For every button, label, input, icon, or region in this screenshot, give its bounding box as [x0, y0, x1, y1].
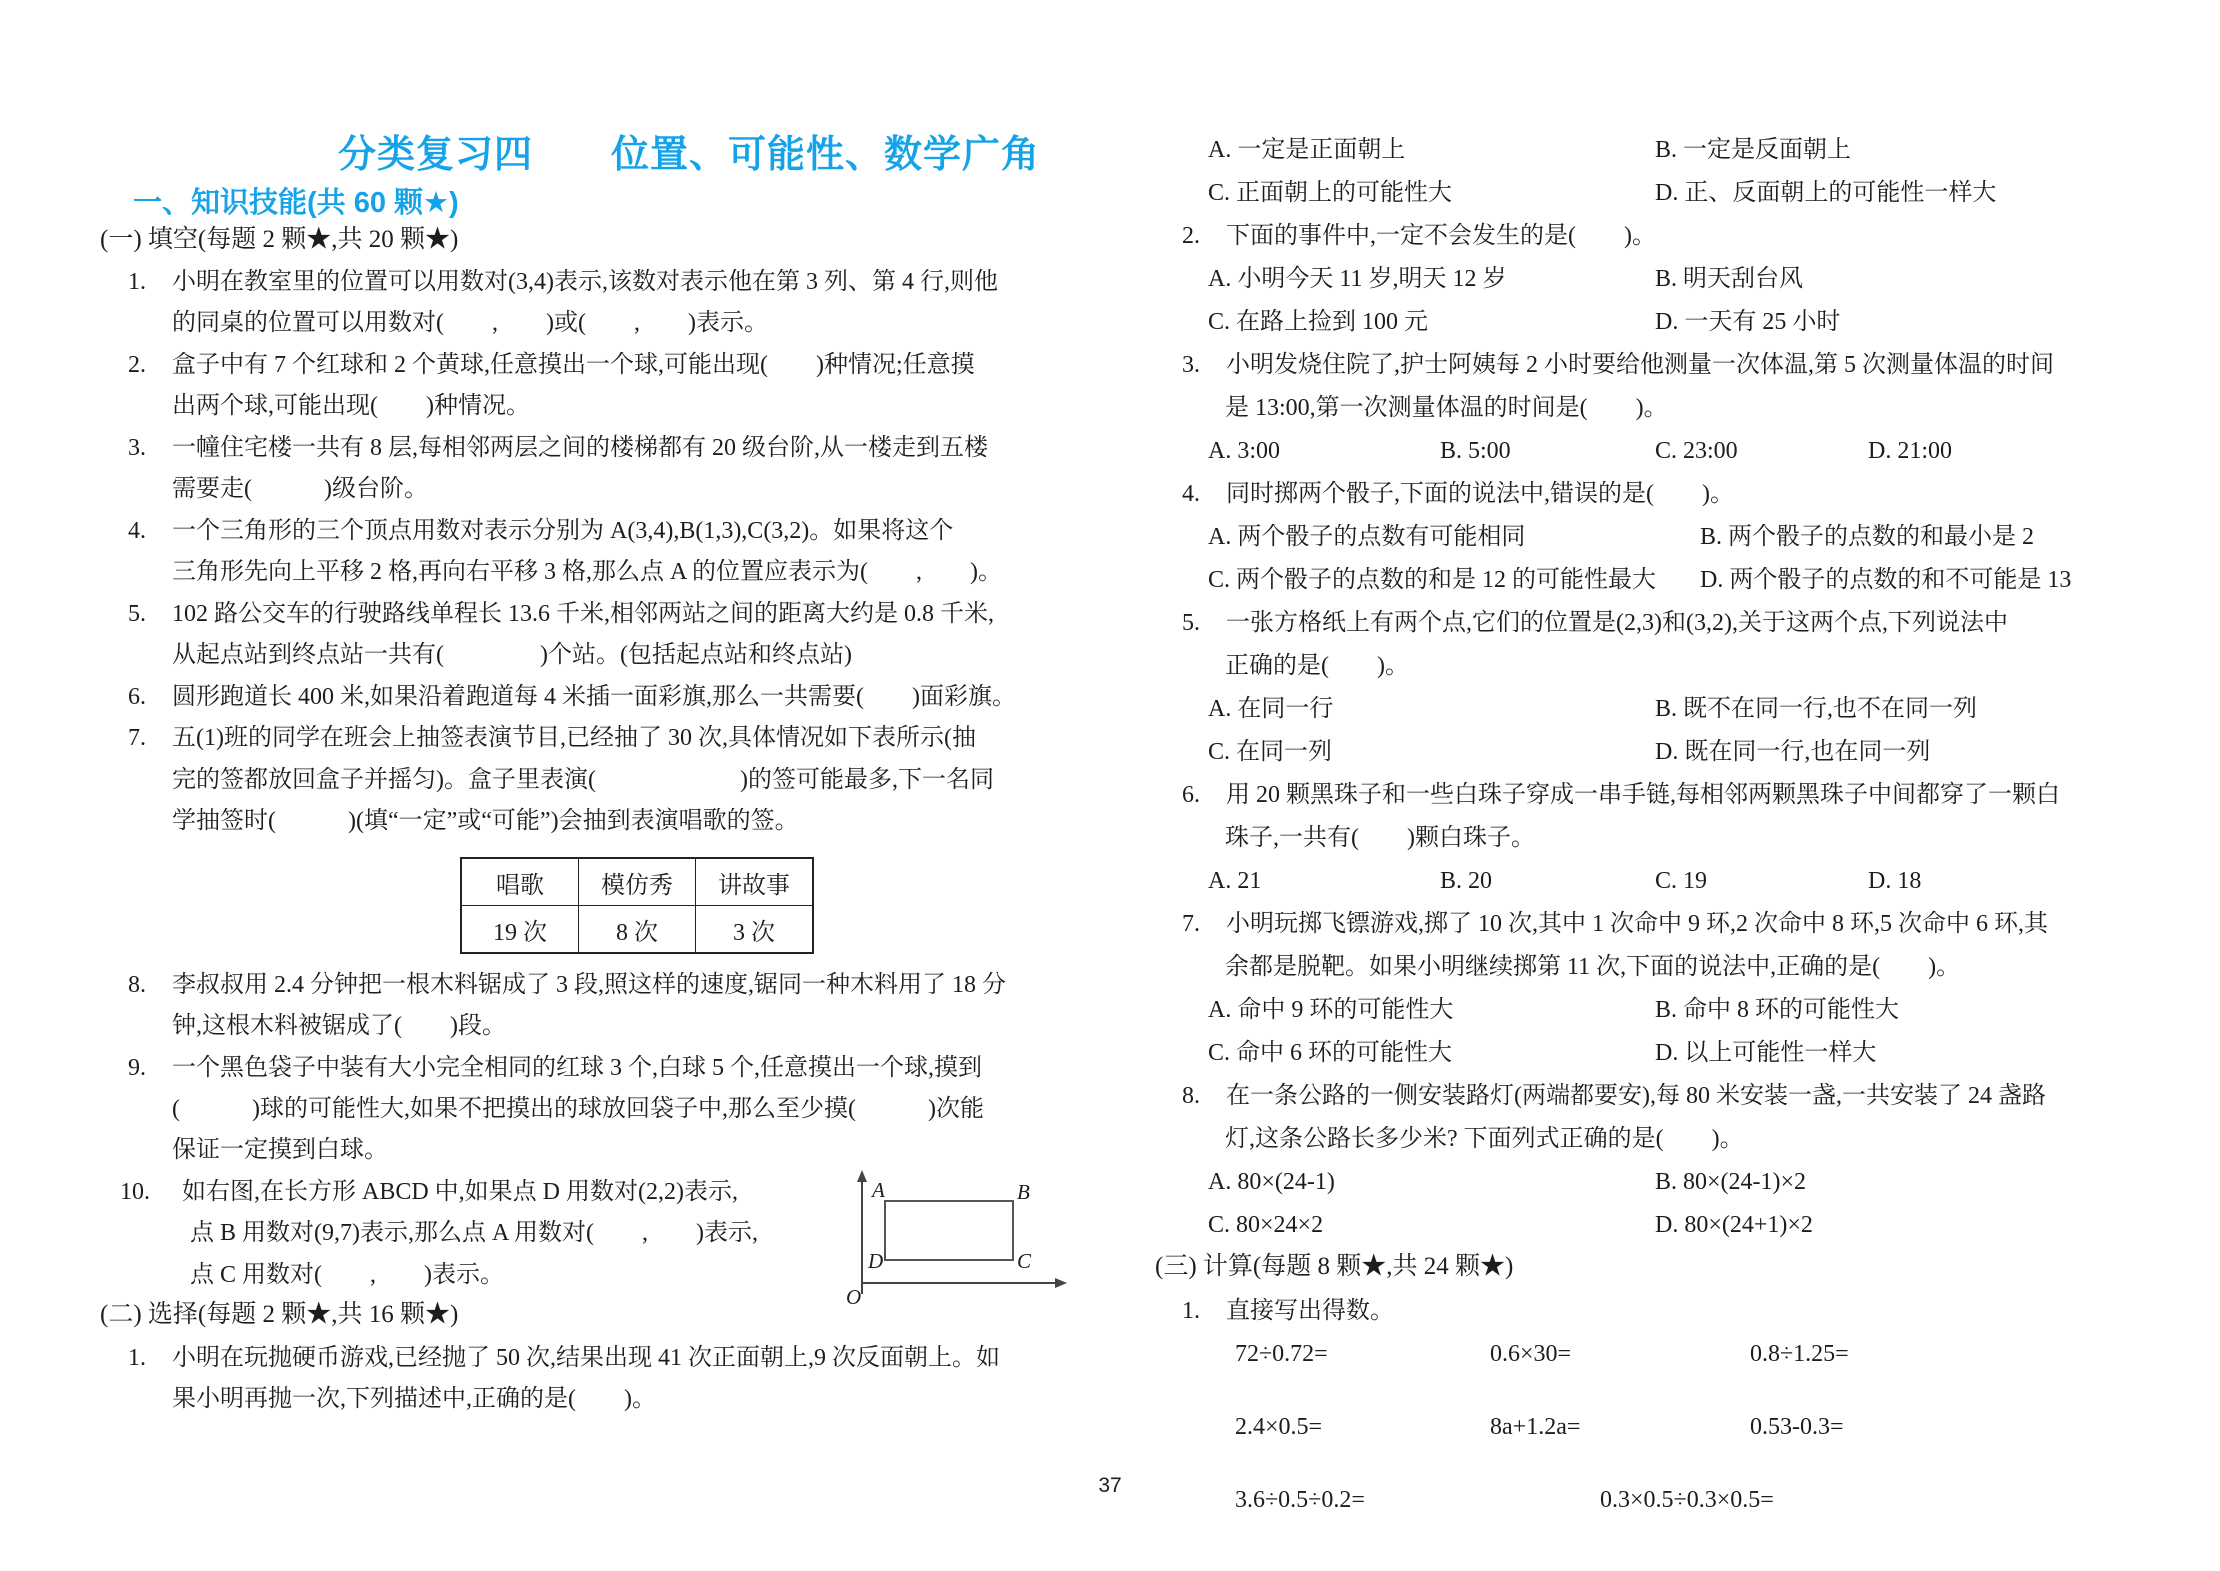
choice-q3-text-0: 小明发烧住院了,护士阿姨每 2 小时要给他测量一次体温,第 5 次测量体温的时间	[1226, 352, 2054, 378]
vertex-label-d: D	[867, 1249, 883, 1273]
calc-sub-num: 1.	[1182, 1295, 1226, 1327]
fill-q10-line: 点 C 用数对( , )表示。	[190, 1259, 504, 1291]
vertex-label-b: B	[1017, 1180, 1030, 1204]
choice-q5-option-a: A. 在同一行	[1208, 693, 1333, 725]
choice-q4-option-a: A. 两个骰子的点数有可能相同	[1208, 521, 1525, 553]
choice-q6-text-1: 珠子,一共有( )颗白珠子。	[1225, 825, 1535, 851]
choice-q3-line: 3.小明发烧住院了,护士阿姨每 2 小时要给他测量一次体温,第 5 次测量体温的…	[1182, 349, 2054, 381]
choice-q2-option-d: D. 一天有 25 小时	[1655, 306, 1840, 338]
page-title: 分类复习四 位置、可能性、数学广角	[338, 132, 1040, 178]
calc-expression: 0.3×0.5÷0.3×0.5=	[1600, 1484, 1774, 1516]
fill-q5-text-0: 102 路公交车的行驶路线单程长 13.6 千米,相邻两站之间的距离大约是 0.…	[172, 601, 994, 627]
choice-q6-text-0: 用 20 颗黑珠子和一些白珠子穿成一串手链,每相邻两颗黑珠子中间都穿了一颗白	[1226, 782, 2060, 808]
choice-q7-num: 7.	[1182, 908, 1226, 940]
fill-q3-line: 3.一幢住宅楼一共有 8 层,每相邻两层之间的楼梯都有 20 级台阶,从一楼走到…	[128, 432, 988, 464]
vertex-label-a: A	[870, 1178, 885, 1202]
fill-q7-line: 7.五(1)班的同学在班会上抽签表演节目,已经抽了 30 次,具体情况如下表所示…	[128, 722, 976, 754]
choice-q8-line: 8.在一条公路的一侧安装路灯(两端都要安),每 80 米安装一盏,一共安装了 2…	[1182, 1080, 2046, 1112]
choice-q5-text-0: 一张方格纸上有两个点,它们的位置是(2,3)和(3,2),关于这两个点,下列说法…	[1226, 610, 2008, 636]
tally-value-story: 3 次	[696, 906, 814, 954]
fill-q10-text-1: 点 B 用数对(9,7)表示,那么点 A 用数对( , )表示,	[190, 1220, 758, 1246]
fill-q4-line: 三角形先向上平移 2 格,再向右平移 3 格,那么点 A 的位置应表示为( , …	[172, 556, 1002, 588]
choice-q4-option-b: B. 两个骰子的点数的和最小是 2	[1700, 521, 2034, 553]
choice-q3-text-1: 是 13:00,第一次测量体温的时间是( )。	[1225, 395, 1668, 421]
choice-q3-option-a: A. 3:00	[1208, 435, 1280, 467]
fill-q1-text-0: 小明在教室里的位置可以用数对(3,4)表示,该数对表示他在第 3 列、第 4 行…	[172, 269, 998, 295]
fill-q5-text-1: 从起点站到终点站一共有( )个站。(包括起点站和终点站)	[172, 642, 852, 668]
fill-q3-text-1: 需要走( )级台阶。	[172, 476, 428, 502]
choice-q6-num: 6.	[1182, 779, 1226, 811]
choice-q3-option-c: C. 23:00	[1655, 435, 1738, 467]
fill-q7-text-2: 学抽签时( )(填“一定”或“可能”)会抽到表演唱歌的签。	[172, 808, 799, 834]
choice-q1-line: 1.小明在玩抛硬币游戏,已经抛了 50 次,结果出现 41 次正面朝上,9 次反…	[128, 1342, 1000, 1374]
fill-q3-num: 3.	[128, 432, 172, 464]
fill-q2-text-0: 盒子中有 7 个红球和 2 个黄球,任意摸出一个球,可能出现( )种情况;任意摸	[172, 352, 975, 378]
choice-q6-option-c: C. 19	[1655, 865, 1707, 897]
choice-q2-option-c: C. 在路上捡到 100 元	[1208, 306, 1428, 338]
fill-q8-num: 8.	[128, 969, 172, 1001]
fill-q9-line: ( )球的可能性大,如果不把摸出的球放回袋子中,那么至少摸( )次能	[172, 1093, 984, 1125]
choice-q8-line: 灯,这条公路长多少米? 下面列式正确的是( )。	[1225, 1123, 1744, 1155]
choice-q1-text-1: 果小明再抛一次,下列描述中,正确的是( )。	[172, 1386, 656, 1412]
choice-section-heading: (二) 选择(每题 2 颗★,共 16 颗★)	[100, 1299, 458, 1331]
fill-q10-line: 点 B 用数对(9,7)表示,那么点 A 用数对( , )表示,	[190, 1217, 758, 1249]
fill-q7-num: 7.	[128, 722, 172, 754]
fill-q2-line: 2.盒子中有 7 个红球和 2 个黄球,任意摸出一个球,可能出现( )种情况;任…	[128, 349, 975, 381]
fill-section-heading: (一) 填空(每题 2 颗★,共 20 颗★)	[100, 224, 458, 256]
choice-q6-line: 6.用 20 颗黑珠子和一些白珠子穿成一串手链,每相邻两颗黑珠子中间都穿了一颗白	[1182, 779, 2060, 811]
fill-q1-num: 1.	[128, 266, 172, 298]
fill-q10-num: 10.	[120, 1176, 182, 1208]
choice-q8-option-a: A. 80×(24-1)	[1208, 1166, 1335, 1198]
fill-q8-text-1: 钟,这根木料被锯成了( )段。	[172, 1013, 506, 1039]
calc-expression: 0.8÷1.25=	[1750, 1338, 1849, 1370]
worksheet-page: 分类复习四 位置、可能性、数学广角 一、知识技能(共 60 颗★) (一) 填空…	[0, 0, 2220, 1571]
calc-expression: 0.53-0.3=	[1750, 1411, 1844, 1443]
choice-q8-text-0: 在一条公路的一侧安装路灯(两端都要安),每 80 米安装一盏,一共安装了 24 …	[1226, 1083, 2046, 1109]
tally-header-imitate: 模仿秀	[579, 858, 696, 906]
choice-q8-option-b: B. 80×(24-1)×2	[1655, 1166, 1806, 1198]
fill-q7-text-0: 五(1)班的同学在班会上抽签表演节目,已经抽了 30 次,具体情况如下表所示(抽	[172, 725, 976, 751]
origin-label-o: O	[846, 1285, 861, 1309]
choice-q2-option-b: B. 明天刮台风	[1655, 263, 1803, 295]
choice-q6-option-a: A. 21	[1208, 865, 1261, 897]
fill-q6-line: 6.圆形跑道长 400 米,如果沿着跑道每 4 米插一面彩旗,那么一共需要( )…	[128, 681, 1016, 713]
section-knowledge-heading: 一、知识技能(共 60 颗★)	[133, 186, 459, 220]
fill-q9-text-2: 保证一定摸到白球。	[172, 1137, 388, 1163]
choice-q7-text-1: 余都是脱靶。如果小明继续掷第 11 次,下面的说法中,正确的是( )。	[1225, 954, 1960, 980]
fill-q8-line: 8.李叔叔用 2.4 分钟把一根木料锯成了 3 段,照这样的速度,锯同一种木料用…	[128, 969, 1006, 1001]
fill-q1-line: 1.小明在教室里的位置可以用数对(3,4)表示,该数对表示他在第 3 列、第 4…	[128, 266, 998, 298]
fill-q6-num: 6.	[128, 681, 172, 713]
rectangle-abcd	[885, 1201, 1013, 1260]
fill-q3-text-0: 一幢住宅楼一共有 8 层,每相邻两层之间的楼梯都有 20 级台阶,从一楼走到五楼	[172, 435, 988, 461]
choice-q8-option-d: D. 80×(24+1)×2	[1655, 1209, 1813, 1241]
choice-q8-num: 8.	[1182, 1080, 1226, 1112]
calc-expression: 8a+1.2a=	[1490, 1411, 1580, 1443]
calc-expression: 0.6×30=	[1490, 1338, 1571, 1370]
fill-q4-text-1: 三角形先向上平移 2 格,再向右平移 3 格,那么点 A 的位置应表示为( , …	[172, 559, 1002, 585]
choice-q2-option-a: A. 小明今天 11 岁,明天 12 岁	[1208, 263, 1506, 295]
tally-header-story: 讲故事	[696, 858, 814, 906]
fill-q8-text-0: 李叔叔用 2.4 分钟把一根木料锯成了 3 段,照这样的速度,锯同一种木料用了 …	[172, 972, 1006, 998]
choice-q5-line: 正确的是( )。	[1225, 650, 1409, 682]
choice-q5-num: 5.	[1182, 607, 1226, 639]
choice-q7-option-c: C. 命中 6 环的可能性大	[1208, 1037, 1452, 1069]
tally-header-sing: 唱歌	[461, 858, 579, 906]
choice-q1-num: 1.	[128, 1342, 172, 1374]
choice-q1-option-d: D. 正、反面朝上的可能性一样大	[1655, 177, 1996, 209]
fill-q1-line: 的同桌的位置可以用数对( , )或( , )表示。	[172, 307, 768, 339]
choice-q1-option-b: B. 一定是反面朝上	[1655, 134, 1851, 166]
tally-table: 唱歌 模仿秀 讲故事 19 次 8 次 3 次	[460, 857, 814, 954]
fill-q7-line: 完的签都放回盒子并摇匀)。盒子里表演( )的签可能最多,下一名同	[172, 764, 994, 796]
fill-q7-text-1: 完的签都放回盒子并摇匀)。盒子里表演( )的签可能最多,下一名同	[172, 767, 994, 793]
choice-q5-line: 5.一张方格纸上有两个点,它们的位置是(2,3)和(3,2),关于这两个点,下列…	[1182, 607, 2008, 639]
fill-q6-text-0: 圆形跑道长 400 米,如果沿着跑道每 4 米插一面彩旗,那么一共需要( )面彩…	[172, 684, 1016, 710]
choice-q8-text-1: 灯,这条公路长多少米? 下面列式正确的是( )。	[1225, 1126, 1744, 1152]
choice-q3-option-d: D. 21:00	[1868, 435, 1952, 467]
choice-q7-line: 余都是脱靶。如果小明继续掷第 11 次,下面的说法中,正确的是( )。	[1225, 951, 1960, 983]
calc-expression: 72÷0.72=	[1235, 1338, 1328, 1370]
choice-q4-num: 4.	[1182, 478, 1226, 510]
choice-q7-line: 7.小明玩掷飞镖游戏,掷了 10 次,其中 1 次命中 9 环,2 次命中 8 …	[1182, 908, 2048, 940]
choice-q8-option-c: C. 80×24×2	[1208, 1209, 1323, 1241]
fill-q2-num: 2.	[128, 349, 172, 381]
choice-q7-text-0: 小明玩掷飞镖游戏,掷了 10 次,其中 1 次命中 9 环,2 次命中 8 环,…	[1226, 911, 2048, 937]
fill-q9-num: 9.	[128, 1052, 172, 1084]
choice-q3-option-b: B. 5:00	[1440, 435, 1511, 467]
choice-q6-option-b: B. 20	[1440, 865, 1492, 897]
vertex-label-c: C	[1017, 1249, 1032, 1273]
fill-q9-line: 9.一个黑色袋子中装有大小完全相同的红球 3 个,白球 5 个,任意摸出一个球,…	[128, 1052, 982, 1084]
fill-q10-text-0: 如右图,在长方形 ABCD 中,如果点 D 用数对(2,2)表示,	[182, 1179, 738, 1205]
tally-value-imitate: 8 次	[579, 906, 696, 954]
choice-q4-stem: 4.同时掷两个骰子,下面的说法中,错误的是( )。	[1182, 478, 1734, 510]
fill-q8-line: 钟,这根木料被锯成了( )段。	[172, 1010, 506, 1042]
fill-q2-text-1: 出两个球,可能出现( )种情况。	[172, 393, 530, 419]
choice-q7-option-a: A. 命中 9 环的可能性大	[1208, 994, 1453, 1026]
choice-q5-option-b: B. 既不在同一行,也不在同一列	[1655, 693, 1977, 725]
choice-q3-line: 是 13:00,第一次测量体温的时间是( )。	[1225, 392, 1668, 424]
choice-q5-option-c: C. 在同一列	[1208, 736, 1332, 768]
fill-q3-line: 需要走( )级台阶。	[172, 473, 428, 505]
fill-q5-line: 从起点站到终点站一共有( )个站。(包括起点站和终点站)	[172, 639, 852, 671]
choice-q4-option-c: C. 两个骰子的点数的和是 12 的可能性最大	[1208, 564, 1656, 596]
fill-q2-line: 出两个球,可能出现( )种情况。	[172, 390, 530, 422]
choice-q3-num: 3.	[1182, 349, 1226, 381]
choice-q1-option-c: C. 正面朝上的可能性大	[1208, 177, 1452, 209]
fill-q10-text-2: 点 C 用数对( , )表示。	[190, 1262, 504, 1288]
fill-q7-line: 学抽签时( )(填“一定”或“可能”)会抽到表演唱歌的签。	[172, 805, 799, 837]
coordinate-diagram: A B D C O	[845, 1166, 1080, 1318]
choice-q6-option-d: D. 18	[1868, 865, 1921, 897]
fill-q5-line: 5.102 路公交车的行驶路线单程长 13.6 千米,相邻两站之间的距离大约是 …	[128, 598, 994, 630]
fill-q1-text-1: 的同桌的位置可以用数对( , )或( , )表示。	[172, 310, 768, 336]
choice-q4-option-d: D. 两个骰子的点数的和不可能是 13	[1700, 564, 2071, 596]
choice-q5-option-d: D. 既在同一行,也在同一列	[1655, 736, 1930, 768]
calc-section-heading: (三) 计算(每题 8 颗★,共 24 颗★)	[1155, 1251, 1513, 1283]
choice-q4-text: 同时掷两个骰子,下面的说法中,错误的是( )。	[1226, 481, 1734, 507]
tally-table-value-row: 19 次 8 次 3 次	[461, 906, 813, 954]
choice-q1-line: 果小明再抛一次,下列描述中,正确的是( )。	[172, 1383, 656, 1415]
choice-q7-option-b: B. 命中 8 环的可能性大	[1655, 994, 1899, 1026]
choice-q7-option-d: D. 以上可能性一样大	[1655, 1037, 1876, 1069]
choice-q5-text-1: 正确的是( )。	[1225, 653, 1409, 679]
fill-q9-text-0: 一个黑色袋子中装有大小完全相同的红球 3 个,白球 5 个,任意摸出一个球,摸到	[172, 1055, 982, 1081]
fill-q10-line: 10.如右图,在长方形 ABCD 中,如果点 D 用数对(2,2)表示,	[120, 1176, 738, 1208]
choice-q6-line: 珠子,一共有( )颗白珠子。	[1225, 822, 1535, 854]
choice-q2-text: 下面的事件中,一定不会发生的是( )。	[1226, 223, 1656, 249]
calc-sub-text: 直接写出得数。	[1226, 1298, 1394, 1324]
tally-table-header-row: 唱歌 模仿秀 讲故事	[461, 858, 813, 906]
choice-q1-text-0: 小明在玩抛硬币游戏,已经抛了 50 次,结果出现 41 次正面朝上,9 次反面朝…	[172, 1345, 1000, 1371]
choice-q2-num: 2.	[1182, 220, 1226, 252]
fill-q5-num: 5.	[128, 598, 172, 630]
fill-q9-line: 保证一定摸到白球。	[172, 1134, 388, 1166]
choice-q2-stem: 2.下面的事件中,一定不会发生的是( )。	[1182, 220, 1656, 252]
calc-expression: 2.4×0.5=	[1235, 1411, 1322, 1443]
fill-q4-num: 4.	[128, 515, 172, 547]
choice-q1-option-a: A. 一定是正面朝上	[1208, 134, 1405, 166]
fill-q4-line: 4.一个三角形的三个顶点用数对表示分别为 A(3,4),B(1,3),C(3,2…	[128, 515, 953, 547]
calc-expression: 3.6÷0.5÷0.2=	[1235, 1484, 1365, 1516]
tally-value-sing: 19 次	[461, 906, 579, 954]
page-number: 37	[1085, 1474, 1135, 1498]
calc-sub-heading: 1.直接写出得数。	[1182, 1295, 1394, 1327]
fill-q9-text-1: ( )球的可能性大,如果不把摸出的球放回袋子中,那么至少摸( )次能	[172, 1096, 984, 1122]
fill-q4-text-0: 一个三角形的三个顶点用数对表示分别为 A(3,4),B(1,3),C(3,2)。…	[172, 518, 953, 544]
